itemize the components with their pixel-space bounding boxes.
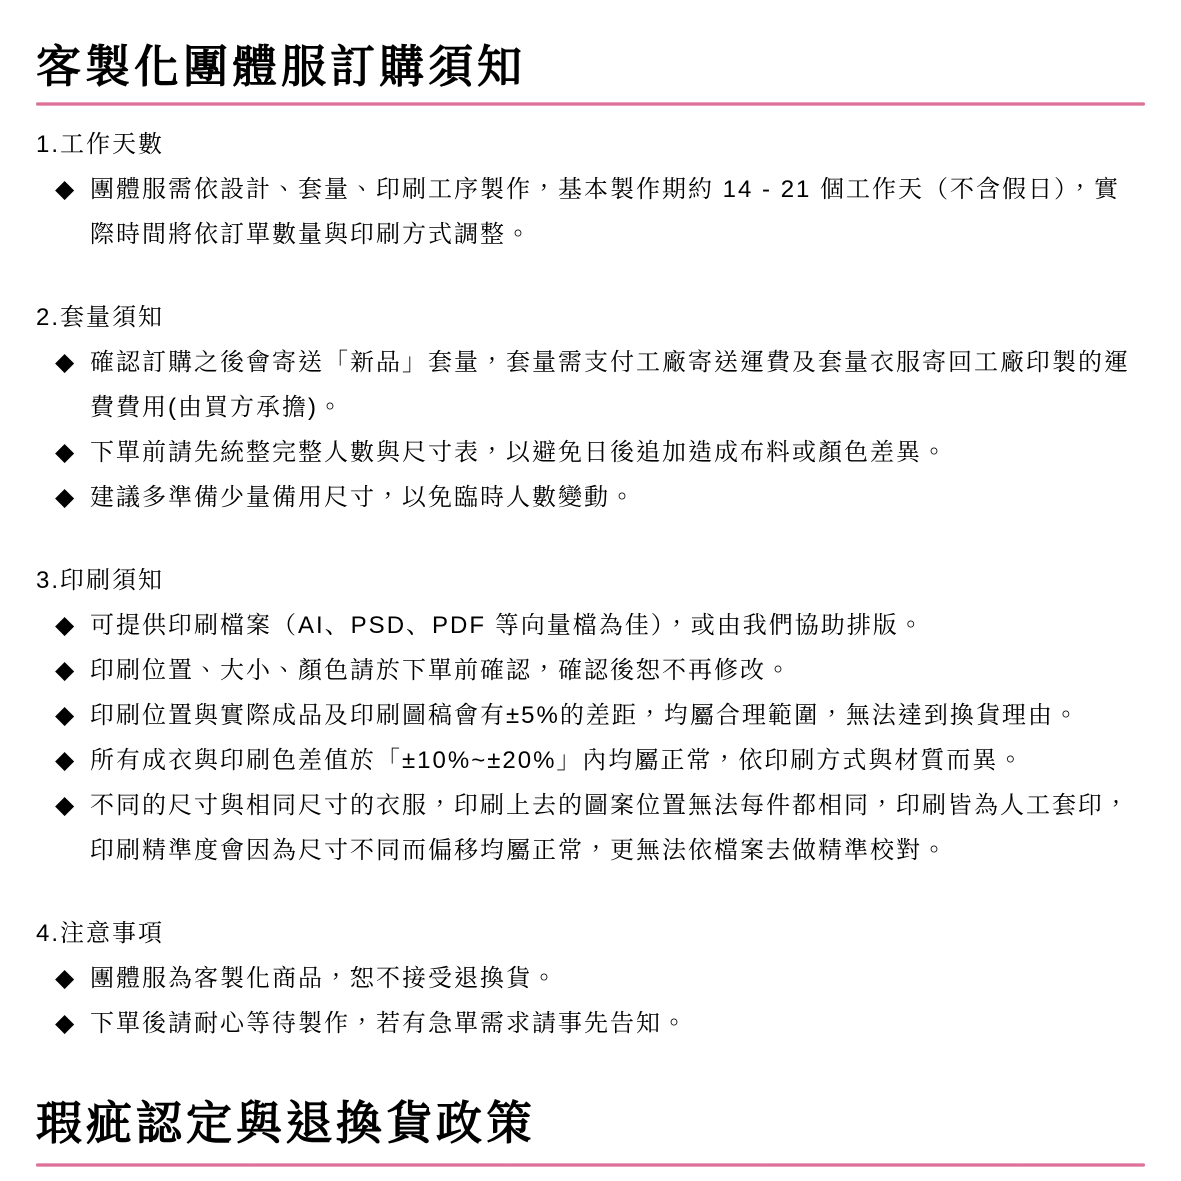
bullet-text: 印刷位置、大小、顏色請於下單前確認，確認後恕不再修改。: [90, 657, 792, 684]
document-content: 客製化團體服訂購須知 1.工作天數◆團體服需依設計、套量、印刷工序製作，基本製作…: [0, 0, 1181, 1046]
title-underline-rule: [36, 102, 1145, 106]
section-heading: 1.工作天數: [36, 122, 1145, 167]
bullet-text: 可提供印刷檔案（AI、PSD、PDF 等向量檔為佳），或由我們協助排版。: [90, 612, 925, 639]
bullet-text: 團體服需依設計、套量、印刷工序製作，基本製作期約 14 - 21 個工作天（不含…: [90, 176, 1120, 248]
bullet-text: 不同的尺寸與相同尺寸的衣服，印刷上去的圖案位置無法每件都相同，印刷皆為人工套印，…: [90, 792, 1130, 864]
footer-title-underline-rule: [36, 1163, 1145, 1167]
footer-heading-block: 瑕疵認定與退換貨政策: [36, 1098, 1145, 1167]
bullet-text: 確認訂購之後會寄送「新品」套量，套量需支付工廠寄送運費及套量衣服寄回工廠印製的運…: [90, 349, 1130, 421]
notice-section: 3.印刷須知◆可提供印刷檔案（AI、PSD、PDF 等向量檔為佳），或由我們協助…: [36, 558, 1145, 873]
bullet-item: ◆不同的尺寸與相同尺寸的衣服，印刷上去的圖案位置無法每件都相同，印刷皆為人工套印…: [36, 783, 1145, 873]
diamond-bullet-icon: ◆: [55, 648, 74, 693]
section-heading: 2.套量須知: [36, 295, 1145, 340]
bullet-item: ◆確認訂購之後會寄送「新品」套量，套量需支付工廠寄送運費及套量衣服寄回工廠印製的…: [36, 340, 1145, 430]
bullet-text: 團體服為客製化商品，恕不接受退換貨。: [90, 965, 558, 992]
notice-section: 1.工作天數◆團體服需依設計、套量、印刷工序製作，基本製作期約 14 - 21 …: [36, 122, 1145, 257]
diamond-bullet-icon: ◆: [55, 1001, 74, 1046]
diamond-bullet-icon: ◆: [55, 340, 74, 385]
document-page: 客製化團體服訂購須知 1.工作天數◆團體服需依設計、套量、印刷工序製作，基本製作…: [0, 0, 1181, 1181]
bullet-item: ◆所有成衣與印刷色差值於「±10%~±20%」內均屬正常，依印刷方式與材質而異。: [36, 738, 1145, 783]
diamond-bullet-icon: ◆: [55, 956, 74, 1001]
bullet-item: ◆印刷位置與實際成品及印刷圖稿會有±5%的差距，均屬合理範圍，無法達到換貨理由。: [36, 693, 1145, 738]
bullet-text: 建議多準備少量備用尺寸，以免臨時人數變動。: [90, 484, 636, 511]
bullet-item: ◆印刷位置、大小、顏色請於下單前確認，確認後恕不再修改。: [36, 648, 1145, 693]
bullet-text: 下單後請耐心等待製作，若有急單需求請事先告知。: [90, 1010, 688, 1037]
notice-section: 4.注意事項◆團體服為客製化商品，恕不接受退換貨。◆下單後請耐心等待製作，若有急…: [36, 911, 1145, 1046]
diamond-bullet-icon: ◆: [55, 693, 74, 738]
sections: 1.工作天數◆團體服需依設計、套量、印刷工序製作，基本製作期約 14 - 21 …: [36, 122, 1145, 1046]
section-heading: 4.注意事項: [36, 911, 1145, 956]
notice-section: 2.套量須知◆確認訂購之後會寄送「新品」套量，套量需支付工廠寄送運費及套量衣服寄…: [36, 295, 1145, 520]
bullet-text: 所有成衣與印刷色差值於「±10%~±20%」內均屬正常，依印刷方式與材質而異。: [90, 747, 1024, 774]
bullet-item: ◆可提供印刷檔案（AI、PSD、PDF 等向量檔為佳），或由我們協助排版。: [36, 603, 1145, 648]
bullet-item: ◆建議多準備少量備用尺寸，以免臨時人數變動。: [36, 475, 1145, 520]
bullet-item: ◆下單前請先統整完整人數與尺寸表，以避免日後追加造成布料或顏色差異。: [36, 430, 1145, 475]
page-title-order-notice: 客製化團體服訂購須知: [36, 0, 1145, 92]
bullet-text: 下單前請先統整完整人數與尺寸表，以避免日後追加造成布料或顏色差異。: [90, 439, 948, 466]
diamond-bullet-icon: ◆: [55, 783, 74, 828]
diamond-bullet-icon: ◆: [55, 603, 74, 648]
diamond-bullet-icon: ◆: [55, 430, 74, 475]
bullet-text: 印刷位置與實際成品及印刷圖稿會有±5%的差距，均屬合理範圍，無法達到換貨理由。: [90, 702, 1080, 729]
bullet-item: ◆團體服需依設計、套量、印刷工序製作，基本製作期約 14 - 21 個工作天（不…: [36, 167, 1145, 257]
bullet-item: ◆下單後請耐心等待製作，若有急單需求請事先告知。: [36, 1001, 1145, 1046]
diamond-bullet-icon: ◆: [55, 475, 74, 520]
bullet-item: ◆團體服為客製化商品，恕不接受退換貨。: [36, 956, 1145, 1001]
section-heading: 3.印刷須知: [36, 558, 1145, 603]
diamond-bullet-icon: ◆: [55, 738, 74, 783]
page-title-defect-policy: 瑕疵認定與退換貨政策: [36, 1098, 1145, 1149]
diamond-bullet-icon: ◆: [55, 167, 74, 212]
